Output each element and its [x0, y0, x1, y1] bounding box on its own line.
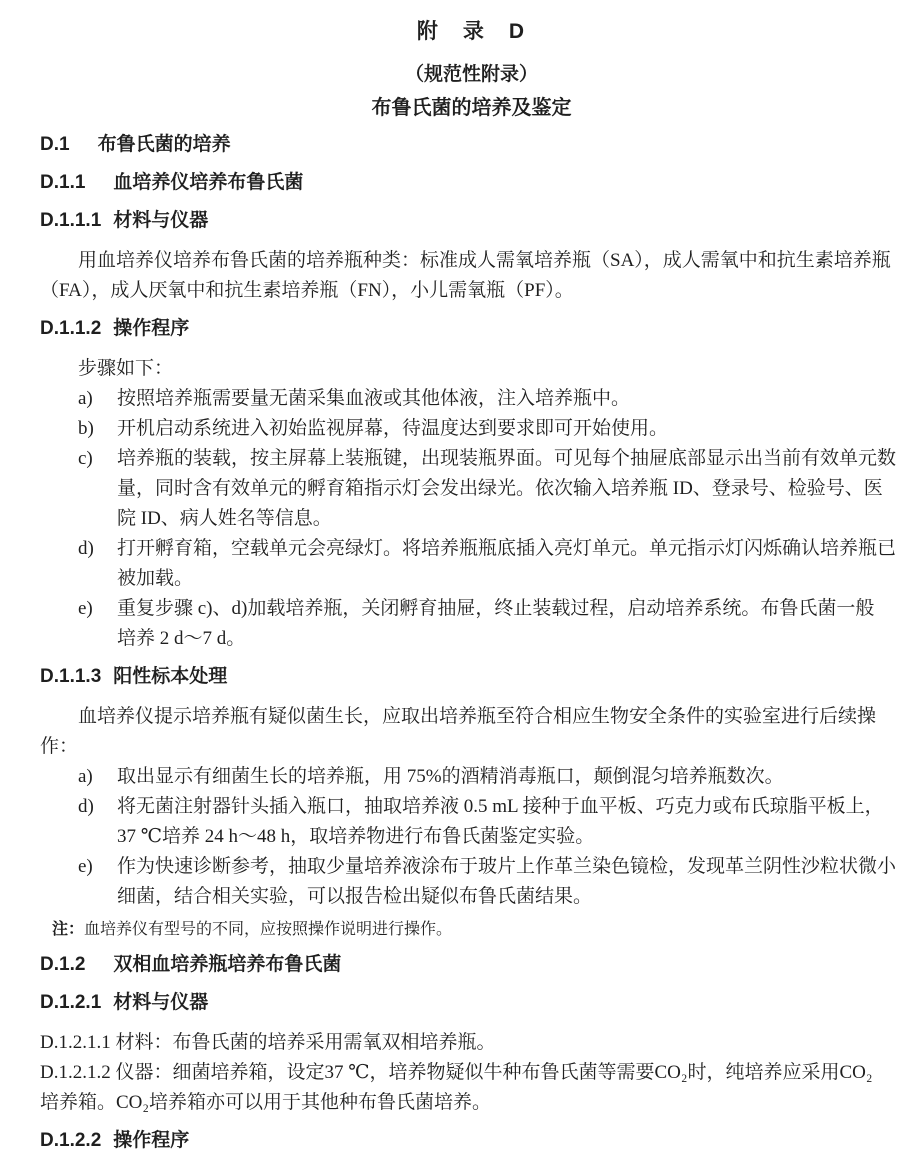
- lettered-list: a)按照培养瓶需要量无菌采集血液或其他体液，注入培养瓶中。b)开机启动系统进入初…: [40, 384, 903, 654]
- note: 注：血培养仪有型号的不同，应按照操作说明进行操作。: [52, 918, 903, 942]
- heading-D.1.2: D.1.2双相血培养瓶培养布鲁氏菌: [40, 952, 903, 978]
- list-item-b: b)开机启动系统进入初始监视屏幕，待温度达到要求即可开始使用。: [78, 414, 903, 444]
- heading-D.1.1: D.1.1血培养仪培养布鲁氏菌: [40, 170, 903, 196]
- list-item-d: d)将无菌注射器针头插入瓶口，抽取培养液 0.5 mL 接种于血平板、巧克力或布…: [78, 792, 903, 852]
- list-item-d: d)打开孵育箱，空载单元会亮绿灯。将培养瓶瓶底插入亮灯单元。单元指示灯闪烁确认培…: [78, 534, 903, 594]
- list-item-text: 按照培养瓶需要量无菌采集血液或其他体液，注入培养瓶中。: [117, 384, 903, 414]
- list-item-text: 培养瓶的装载，按主屏幕上装瓶键，出现装瓶界面。可见每个抽屉底部显示出当前有效单元…: [117, 444, 903, 534]
- heading-number: D.1.1.1: [40, 210, 101, 231]
- heading-title: 双相血培养瓶培养布鲁氏菌: [113, 954, 341, 975]
- note-label: 注：: [52, 921, 84, 938]
- normative-appendix-label: （规范性附录）: [40, 62, 903, 88]
- clause-number: D.1.2.1.1: [40, 1032, 115, 1053]
- document-subject-title: 布鲁氏菌的培养及鉴定: [40, 95, 903, 122]
- heading-title: 操作程序: [113, 318, 189, 339]
- list-item-a: a)按照培养瓶需要量无菌采集血液或其他体液，注入培养瓶中。: [78, 384, 903, 414]
- heading-title: 阳性标本处理: [113, 666, 227, 687]
- heading-title: 布鲁氏菌的培养: [98, 134, 231, 155]
- paragraph: 用血培养仪培养布鲁氏菌的培养瓶种类：标准成人需氧培养瓶（SA），成人需氧中和抗生…: [40, 246, 903, 306]
- heading-D.1.1.1: D.1.1.1材料与仪器: [40, 208, 903, 234]
- lettered-list: a)取出显示有细菌生长的培养瓶，用 75%的酒精消毒瓶口，颠倒混匀培养瓶数次。d…: [40, 762, 903, 912]
- list-item-label: b): [78, 414, 117, 444]
- document-page: 附 录 D （规范性附录） 布鲁氏菌的培养及鉴定 D.1布鲁氏菌的培养D.1.1…: [0, 0, 919, 1171]
- clause-number: D.1.2.1.2: [40, 1062, 115, 1083]
- list-item-label: d): [78, 792, 117, 852]
- heading-D.1: D.1布鲁氏菌的培养: [40, 132, 903, 158]
- clause-paragraph-D.1.2.1.2: D.1.2.1.2 仪器：细菌培养箱，设定37 ℃，培养物疑似牛种布鲁氏菌等需要…: [40, 1058, 903, 1118]
- heading-D.1.1.3: D.1.1.3阳性标本处理: [40, 664, 903, 690]
- list-item-a: a)取出显示有细菌生长的培养瓶，用 75%的酒精消毒瓶口，颠倒混匀培养瓶数次。: [78, 762, 903, 792]
- heading-D.1.1.2: D.1.1.2操作程序: [40, 316, 903, 342]
- clause-paragraph-D.1.2.1.1: D.1.2.1.1 材料：布鲁氏菌的培养采用需氧双相培养瓶。: [40, 1028, 903, 1058]
- list-item-e: e)重复步骤 c)、d)加载培养瓶，关闭孵育抽屉，终止装载过程，启动培养系统。布…: [78, 594, 903, 654]
- list-item-text: 作为快速诊断参考，抽取少量培养液涂布于玻片上作革兰染色镜检，发现革兰阴性沙粒状微…: [117, 852, 903, 912]
- paragraph: 血培养仪提示培养瓶有疑似菌生长，应取出培养瓶至符合相应生物安全条件的实验室进行后…: [40, 702, 903, 762]
- list-item-label: d): [78, 534, 117, 594]
- heading-number: D.1.1.2: [40, 318, 101, 339]
- list-item-label: e): [78, 852, 117, 912]
- appendix-title: 附 录 D: [40, 18, 903, 46]
- list-item-e: e)作为快速诊断参考，抽取少量培养液涂布于玻片上作革兰染色镜检，发现革兰阴性沙粒…: [78, 852, 903, 912]
- list-item-label: e): [78, 594, 117, 654]
- heading-number: D.1.1: [40, 172, 85, 193]
- heading-number: D.1.2.1: [40, 992, 101, 1013]
- heading-title: 操作程序: [113, 1130, 189, 1151]
- list-item-label: c): [78, 444, 117, 534]
- list-item-c: c)培养瓶的装载，按主屏幕上装瓶键，出现装瓶界面。可见每个抽屉底部显示出当前有效…: [78, 444, 903, 534]
- list-item-text: 取出显示有细菌生长的培养瓶，用 75%的酒精消毒瓶口，颠倒混匀培养瓶数次。: [117, 762, 903, 792]
- document-body: D.1布鲁氏菌的培养D.1.1血培养仪培养布鲁氏菌D.1.1.1材料与仪器用血培…: [40, 132, 903, 1154]
- list-item-label: a): [78, 384, 117, 414]
- heading-number: D.1: [40, 134, 70, 155]
- heading-title: 材料与仪器: [113, 210, 208, 231]
- heading-title: 血培养仪培养布鲁氏菌: [113, 172, 303, 193]
- list-item-label: a): [78, 762, 117, 792]
- heading-number: D.1.2.2: [40, 1130, 101, 1151]
- list-item-text: 打开孵育箱，空载单元会亮绿灯。将培养瓶瓶底插入亮灯单元。单元指示灯闪烁确认培养瓶…: [117, 534, 903, 594]
- heading-number: D.1.2: [40, 954, 85, 975]
- heading-title: 材料与仪器: [113, 992, 208, 1013]
- heading-D.1.2.2: D.1.2.2操作程序: [40, 1128, 903, 1154]
- list-item-text: 将无菌注射器针头插入瓶口，抽取培养液 0.5 mL 接种于血平板、巧克力或布氏琼…: [117, 792, 903, 852]
- paragraph: 步骤如下：: [40, 354, 903, 384]
- heading-number: D.1.1.3: [40, 666, 101, 687]
- list-item-text: 开机启动系统进入初始监视屏幕，待温度达到要求即可开始使用。: [117, 414, 903, 444]
- list-item-text: 重复步骤 c)、d)加载培养瓶，关闭孵育抽屉，终止装载过程，启动培养系统。布鲁氏…: [117, 594, 903, 654]
- heading-D.1.2.1: D.1.2.1材料与仪器: [40, 990, 903, 1016]
- note-text: 血培养仪有型号的不同，应按照操作说明进行操作。: [84, 921, 452, 938]
